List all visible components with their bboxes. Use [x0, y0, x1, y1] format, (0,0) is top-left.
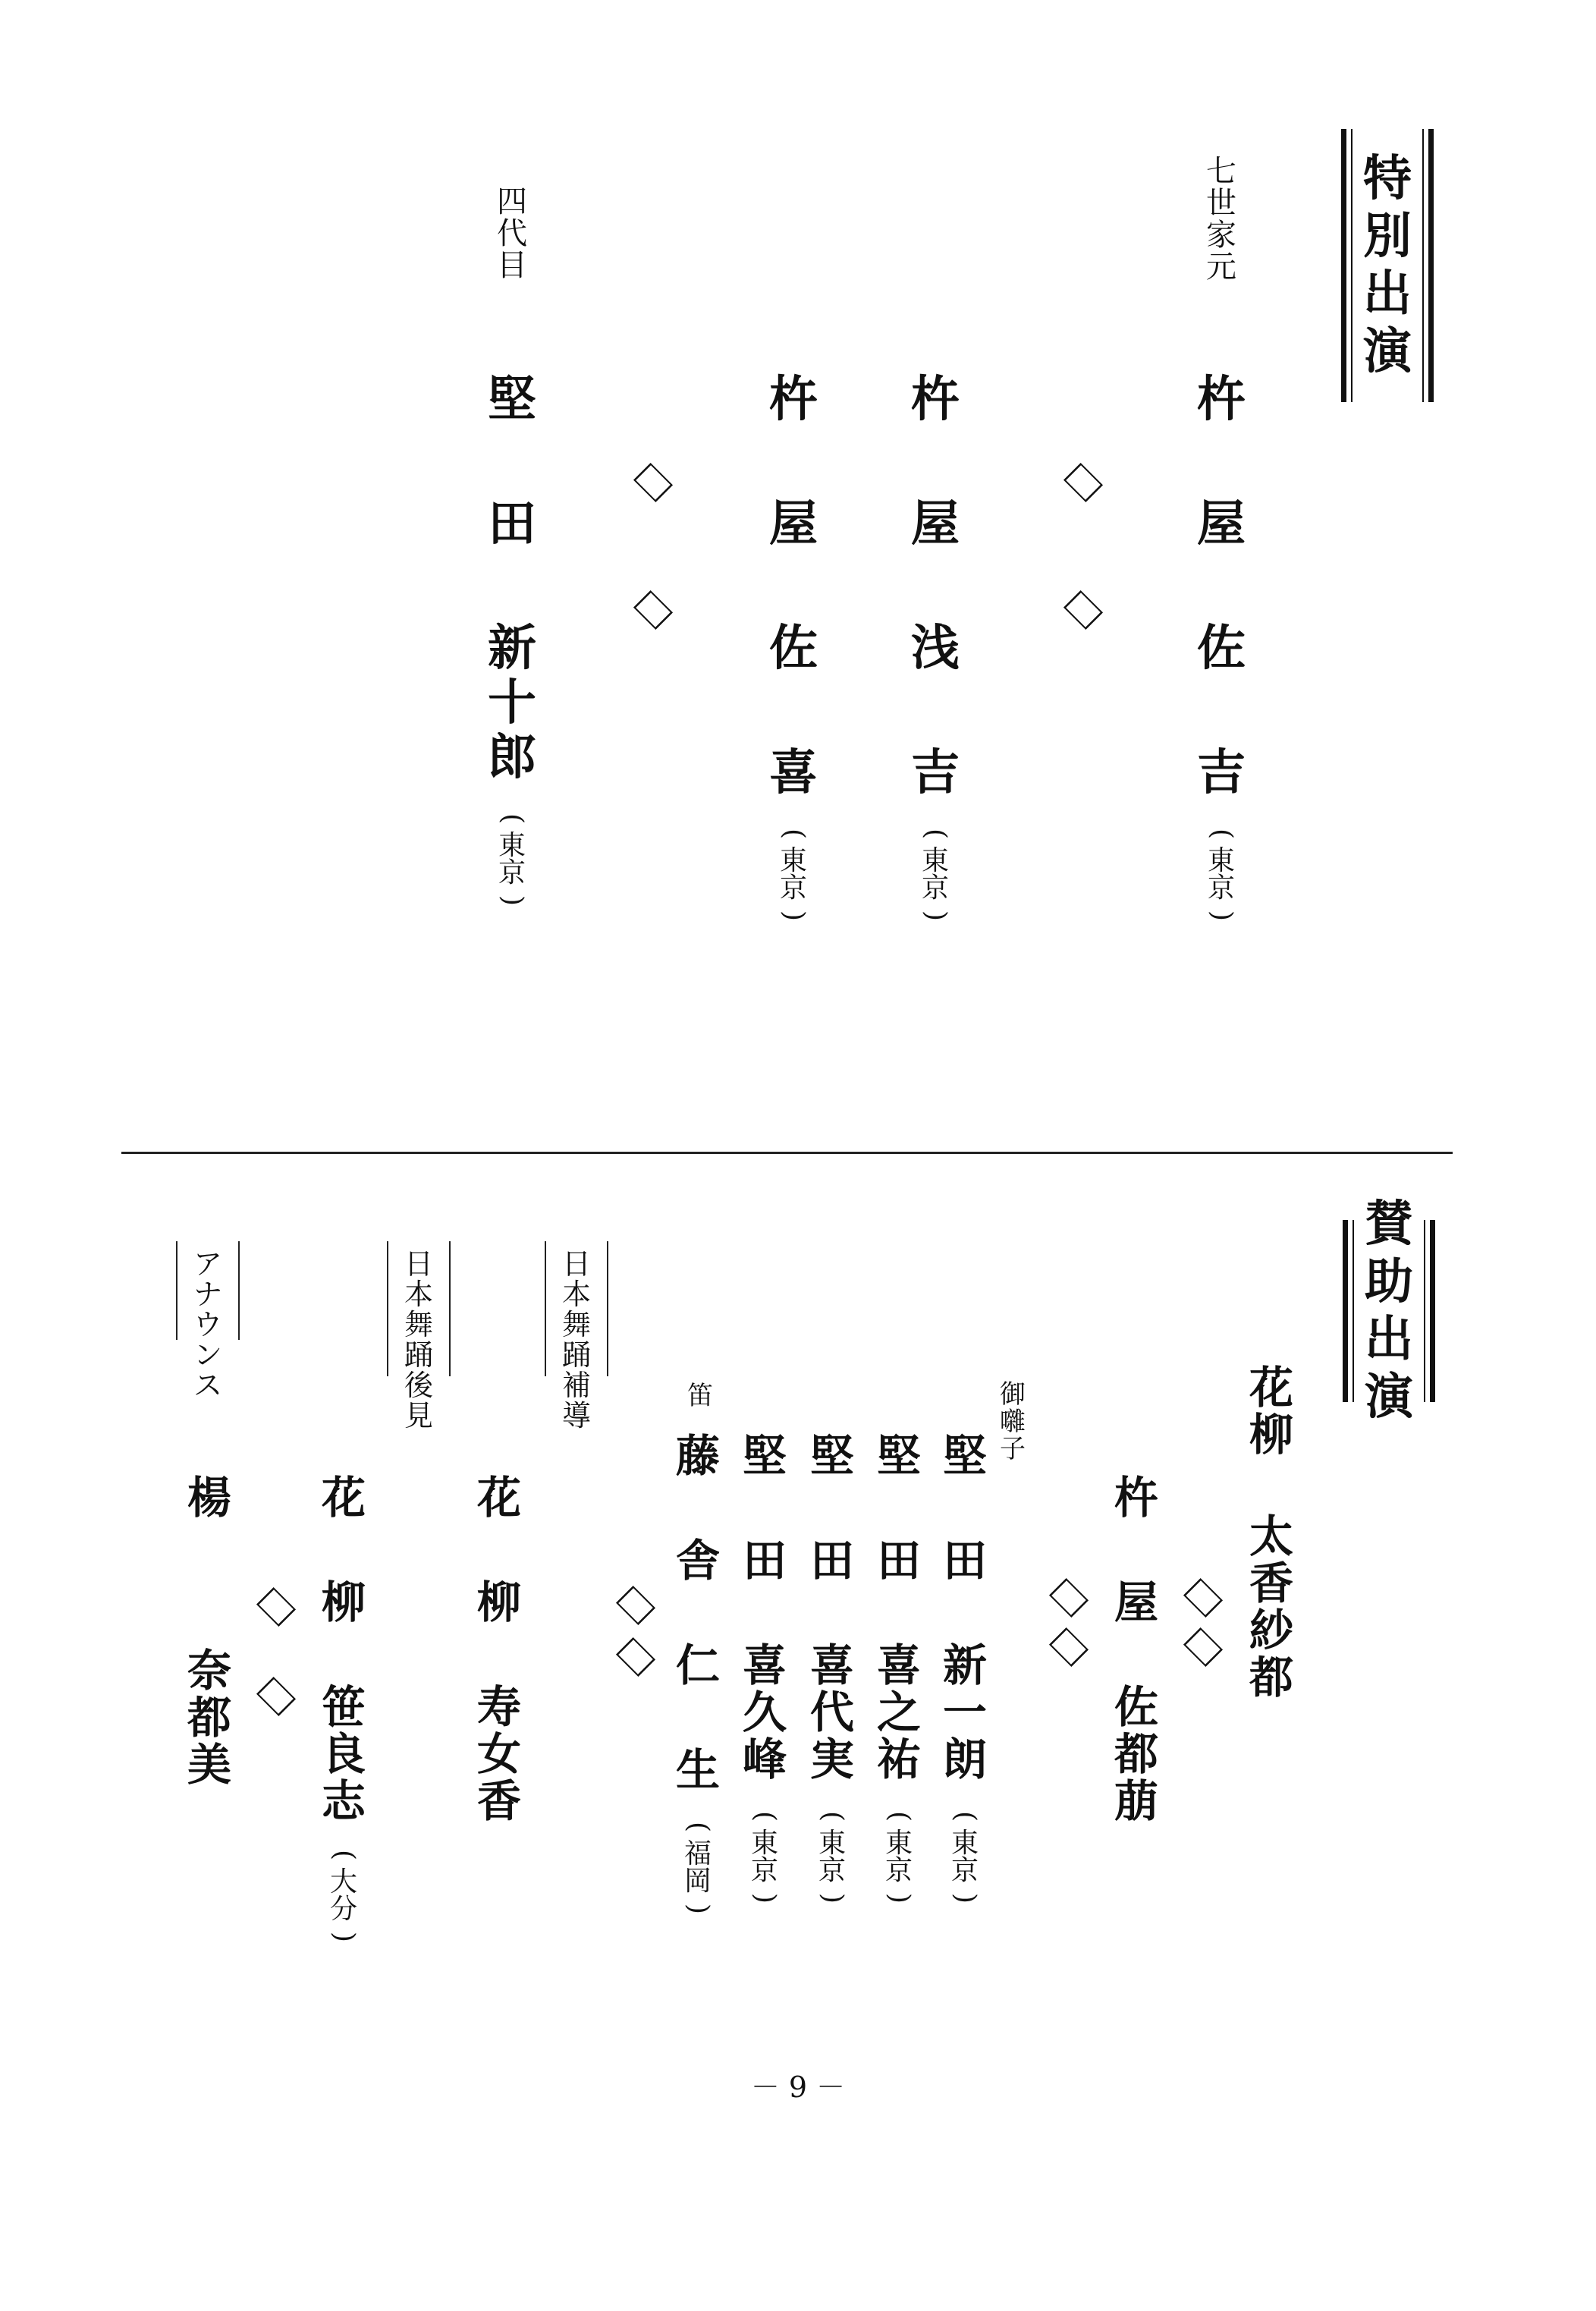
name-char: 吉	[911, 749, 960, 797]
ohayashi-label: 御囃子	[995, 1381, 1030, 1463]
section-divider	[121, 1152, 1453, 1154]
name-char: 花	[477, 1476, 521, 1520]
region-char: 東	[885, 1830, 913, 1857]
diamond-separator-icon	[1049, 1578, 1089, 1618]
region-char: 岡	[684, 1868, 712, 1895]
name-char: 実	[810, 1737, 854, 1781]
name-char: 堅	[943, 1434, 987, 1478]
name-char: 喜	[877, 1643, 921, 1687]
role-performer-announce: 楊 奈 都 美	[181, 1476, 238, 1787]
ohayashi-member-2: 堅田喜之祐(東京)	[872, 1434, 925, 1912]
name-char: 舎	[676, 1539, 720, 1583]
label-char: 日	[404, 1250, 433, 1278]
support-performer-2: 杵 屋 佐 都 萠	[1107, 1476, 1165, 1823]
fue-member: 藤舎仁生(福岡)	[671, 1434, 724, 1923]
label-char: 踊	[562, 1341, 591, 1369]
diamond-separator-icon	[1063, 590, 1103, 630]
region-char: 京	[922, 875, 949, 902]
label-char: 笛	[687, 1383, 713, 1409]
special-performer-4-name: 堅 田 新 十 郎 ( 東 京 )	[482, 376, 542, 914]
region-char: 東	[951, 1830, 979, 1857]
name-char: 之	[877, 1690, 921, 1734]
label-char: ス	[193, 1371, 222, 1400]
name-char: 屋	[1197, 500, 1246, 549]
diamond-separator-icon	[616, 1586, 655, 1625]
label-char: ナ	[193, 1280, 222, 1309]
label-char: 囃	[1000, 1409, 1026, 1435]
name-char: 新	[943, 1643, 987, 1687]
name-char: 堅	[743, 1434, 787, 1478]
diamond-separator-icon	[1183, 1627, 1223, 1667]
name-char: 浅	[911, 624, 960, 673]
close-paren: )	[885, 1893, 913, 1904]
label-char: 補	[562, 1371, 591, 1400]
name-char: 良	[322, 1732, 366, 1776]
name-char: 生	[676, 1748, 720, 1792]
region-char: 東	[751, 1830, 778, 1857]
region-char: 京	[885, 1857, 913, 1885]
name-char: 萠	[1114, 1779, 1158, 1823]
name-char: 仁	[676, 1643, 720, 1687]
region-char: 東	[818, 1830, 846, 1857]
region-char: 東	[780, 847, 807, 875]
label-char: 元	[1206, 252, 1236, 282]
region-char: 京	[1208, 875, 1235, 902]
label-char: 代	[497, 219, 527, 249]
name-char: 都	[1249, 1655, 1293, 1699]
label-char: 踊	[404, 1341, 433, 1369]
name-char: 柳	[1249, 1413, 1293, 1457]
name-char: 吉	[1197, 749, 1246, 797]
name-char: 十	[488, 679, 536, 728]
role-label-koken: 日本舞踊後見	[387, 1241, 451, 1376]
fue-label: 笛	[683, 1382, 718, 1410]
support-heading-text: 賛助出演	[1353, 1220, 1425, 1402]
label-char: 賛	[1365, 1200, 1413, 1249]
name-char: 柳	[477, 1580, 521, 1624]
name-char: 杵	[769, 376, 818, 424]
name-char: 堅	[810, 1434, 854, 1478]
diamond-separator-icon	[633, 463, 673, 502]
name-char: 香	[1249, 1561, 1293, 1605]
name-char: 花	[322, 1476, 366, 1520]
special-heading: 特別出演	[1341, 129, 1434, 402]
region-char: 京	[498, 860, 526, 887]
name-char: 佐	[1197, 624, 1246, 673]
label-char: ア	[193, 1250, 222, 1278]
close-paren: )	[330, 1932, 357, 1942]
role-performer-hodo: 花 柳 寿 女 香	[470, 1476, 528, 1823]
name-char: 太	[1249, 1514, 1293, 1558]
name-char: 祐	[877, 1737, 921, 1781]
label-char: ウ	[193, 1310, 222, 1339]
label-char: 御	[1000, 1382, 1026, 1407]
label-char: 本	[404, 1280, 433, 1309]
ohayashi-member-4: 堅田喜久峰(東京)	[738, 1434, 791, 1912]
support-heading: 賛助出演	[1343, 1220, 1435, 1402]
name-char: 女	[477, 1732, 521, 1776]
label-char: 本	[562, 1280, 591, 1309]
name-char: 志	[322, 1779, 366, 1823]
role-label-announce: アナウンス	[176, 1241, 240, 1340]
name-char: 田	[943, 1539, 987, 1583]
label-char: 出	[1363, 270, 1412, 319]
close-paren: )	[1208, 910, 1235, 921]
label-char: 舞	[404, 1310, 433, 1339]
label-char: 四	[497, 187, 527, 217]
region-char: 分	[330, 1896, 357, 1923]
label-char: 助	[1365, 1258, 1413, 1306]
diamond-separator-icon	[1063, 463, 1103, 502]
region-char: 東	[1208, 847, 1235, 875]
name-char: 都	[1114, 1732, 1158, 1776]
name-char: 杵	[1114, 1476, 1158, 1520]
name-char: 郎	[488, 734, 536, 782]
close-paren: )	[818, 1893, 846, 1904]
name-char: 杵	[911, 376, 960, 424]
name-char: 楊	[187, 1476, 231, 1520]
name-char: 柳	[322, 1580, 366, 1624]
special-performer-4-title: 四代目	[489, 186, 535, 281]
close-paren: )	[922, 910, 949, 921]
name-char: 奈	[187, 1649, 231, 1693]
label-char: 別	[1363, 212, 1412, 261]
close-paren: )	[498, 895, 526, 906]
ohayashi-member-1: 堅田新一朗(東京)	[938, 1434, 991, 1912]
label-char: 出	[1365, 1316, 1413, 1364]
label-char: 子	[1000, 1436, 1026, 1462]
name-char: 花	[1249, 1366, 1293, 1410]
name-char: 藤	[676, 1434, 720, 1478]
name-char: 朗	[943, 1737, 987, 1781]
region-char: 京	[818, 1857, 846, 1885]
label-char: 七	[1206, 156, 1236, 187]
special-performer-3-name: 杵 屋 佐 喜 ( 東 京 )	[763, 376, 824, 929]
name-char: 屋	[769, 500, 818, 549]
label-char: 舞	[562, 1310, 591, 1339]
name-char: 寿	[477, 1685, 521, 1729]
open-paren: (	[1208, 829, 1235, 839]
open-paren: (	[751, 1811, 778, 1822]
close-paren: )	[951, 1893, 979, 1904]
name-char: 都	[187, 1696, 231, 1740]
name-char: 美	[187, 1743, 231, 1787]
open-paren: (	[885, 1811, 913, 1822]
name-char: 田	[810, 1539, 854, 1583]
label-char: 導	[562, 1401, 591, 1430]
page-number: － 9 －	[0, 2064, 1596, 2105]
open-paren: (	[922, 829, 949, 839]
name-char: 喜	[743, 1643, 787, 1687]
ohayashi-member-3: 堅田喜代実(東京)	[806, 1434, 859, 1912]
name-char: 代	[810, 1690, 854, 1734]
open-paren: (	[330, 1850, 357, 1860]
region-char: 東	[498, 832, 526, 860]
region-char: 東	[922, 847, 949, 875]
diamond-separator-icon	[616, 1637, 655, 1677]
special-performer-1-title: 七世家元	[1199, 156, 1244, 283]
open-paren: (	[951, 1811, 979, 1822]
open-paren: (	[818, 1811, 846, 1822]
label-char: 世	[1206, 188, 1236, 219]
name-char: 堅	[488, 376, 536, 424]
name-char: 田	[488, 500, 536, 549]
name-char: 香	[477, 1779, 521, 1823]
name-char: 久	[743, 1690, 787, 1734]
name-char: 佐	[769, 624, 818, 673]
close-paren: )	[684, 1904, 712, 1914]
support-performer-1: 花 柳 太 香 紗 都	[1243, 1366, 1300, 1699]
diamond-separator-icon	[256, 1587, 296, 1627]
name-char: 一	[943, 1690, 987, 1734]
name-char: 屋	[911, 500, 960, 549]
open-paren: (	[498, 813, 526, 824]
special-performer-2-name: 杵 屋 浅 吉 ( 東 京 )	[905, 376, 966, 929]
label-char: 特	[1363, 155, 1412, 203]
close-paren: )	[780, 910, 807, 921]
special-heading-text: 特別出演	[1351, 129, 1424, 402]
name-char: 田	[743, 1539, 787, 1583]
role-performer-koken: 花 柳 笹 良 志 ( 大 分 )	[315, 1476, 372, 1951]
name-char: 笹	[322, 1685, 366, 1729]
region-char: 京	[751, 1857, 778, 1885]
special-performer-1-name: 杵 屋 佐 吉 ( 東 京 )	[1191, 376, 1252, 929]
name-char: 新	[488, 624, 536, 673]
name-char: 堅	[877, 1434, 921, 1478]
diamond-separator-icon	[256, 1677, 296, 1716]
name-char: 屋	[1114, 1580, 1158, 1624]
diamond-separator-icon	[633, 590, 673, 630]
label-char: 演	[1365, 1373, 1413, 1422]
label-char: 後	[404, 1371, 433, 1400]
name-char: 田	[877, 1539, 921, 1583]
role-label-hodo: 日本舞踊補導	[545, 1241, 608, 1376]
label-char: 日	[562, 1250, 591, 1278]
region-char: 京	[780, 875, 807, 902]
open-paren: (	[684, 1822, 712, 1832]
name-char: 喜	[810, 1643, 854, 1687]
diamond-separator-icon	[1183, 1578, 1223, 1618]
name-char: 杵	[1197, 376, 1246, 424]
label-char: 演	[1363, 328, 1412, 376]
close-paren: )	[751, 1893, 778, 1904]
diamond-separator-icon	[1049, 1627, 1089, 1667]
open-paren: (	[780, 829, 807, 839]
label-char: 家	[1206, 220, 1236, 250]
region-char: 福	[684, 1841, 712, 1868]
label-char: 目	[497, 250, 527, 281]
name-char: 峰	[743, 1737, 787, 1781]
region-char: 大	[330, 1869, 357, 1896]
name-char: 紗	[1249, 1608, 1293, 1652]
label-char: ン	[193, 1341, 222, 1369]
name-char: 喜	[769, 749, 818, 797]
name-char: 佐	[1114, 1685, 1158, 1729]
label-char: 見	[404, 1401, 433, 1430]
region-char: 京	[951, 1857, 979, 1885]
